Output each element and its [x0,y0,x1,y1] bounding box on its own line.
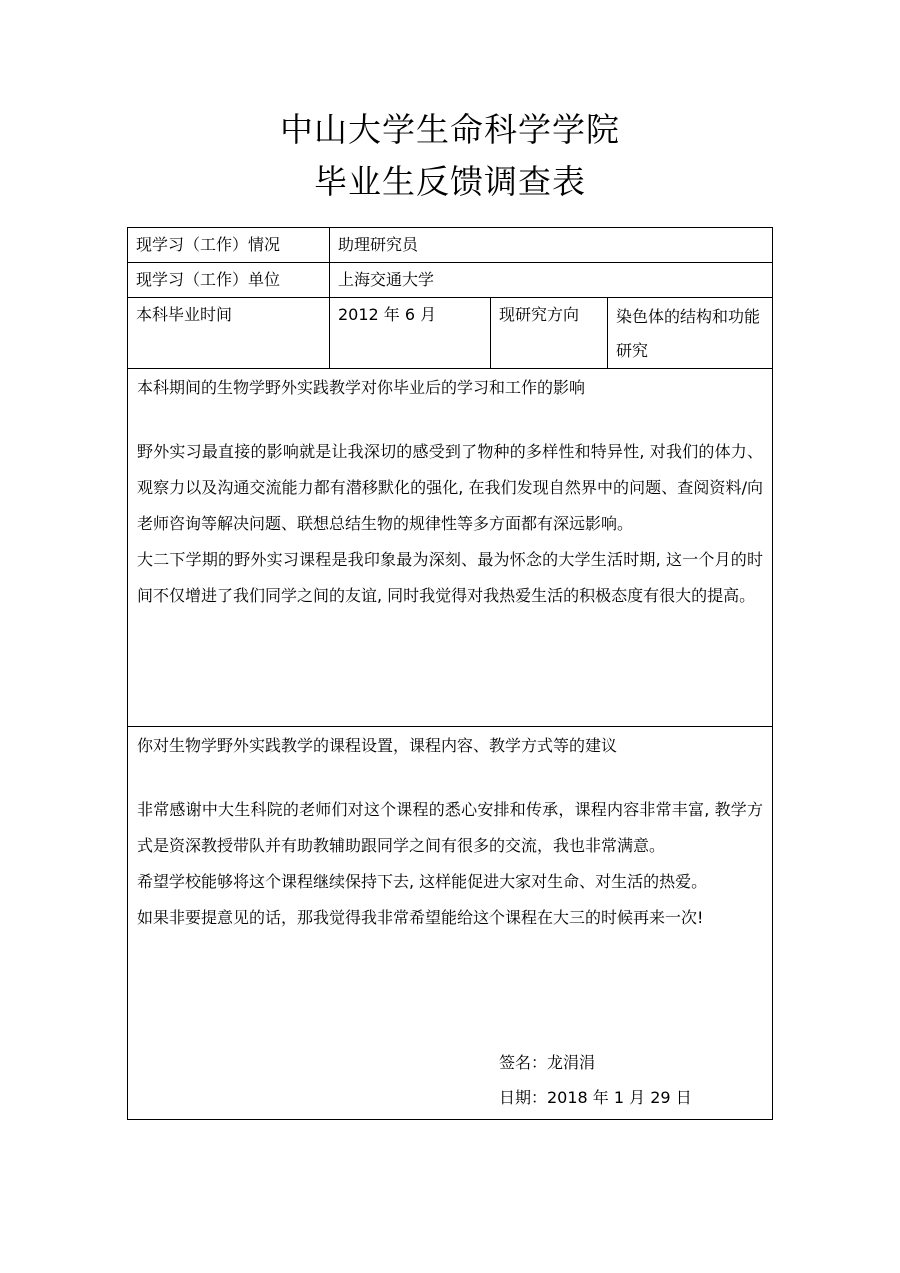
section1-paragraph: 大二下学期的野外实习课程是我印象最为深刻、最为怀念的大学生活时期, 这一个月的时… [137,542,763,614]
feedback-form-table: 现学习（工作）情况 助理研究员 现学习（工作）单位 上海交通大学 本科毕业时间 … [127,227,773,1120]
section2-question: 你对生物学野外实践教学的课程设置，课程内容、教学方式等的建议 [137,731,763,761]
section1-paragraph: 野外实习最直接的影响就是让我深切的感受到了物种的多样性和特异性, 对我们的体力、… [137,434,763,542]
form-row-study-status: 现学习（工作）情况 助理研究员 [128,228,773,263]
signature-date: 日期：2018 年 1 月 29 日 [499,1083,692,1113]
graduation-time-value: 2012 年 6 月 [330,298,491,369]
study-status-label: 现学习（工作）情况 [128,228,330,263]
section-influence: 本科期间的生物学野外实践教学对你毕业后的学习和工作的影响 野外实习最直接的影响就… [128,369,773,727]
research-direction-label: 现研究方向 [491,298,608,369]
section2-paragraph: 如果非要提意见的话，那我觉得我非常希望能给这个课程在大三的时候再来一次! [137,900,763,936]
section2-paragraph: 希望学校能够将这个课程继续保持下去, 这样能促进大家对生命、对生活的热爱。 [137,864,763,900]
form-row-study-unit: 现学习（工作）单位 上海交通大学 [128,263,773,298]
study-status-value: 助理研究员 [330,228,773,263]
study-unit-label: 现学习（工作）单位 [128,263,330,298]
form-row-graduation: 本科毕业时间 2012 年 6 月 现研究方向 染色体的结构和功能研究 [128,298,773,369]
document-title-line1: 中山大学生命科学学院 [0,110,900,150]
document-title-line2: 毕业生反馈调查表 [0,162,900,202]
signature: 签名：龙涓涓 [499,1048,595,1078]
form-row-section2: 你对生物学野外实践教学的课程设置，课程内容、教学方式等的建议 非常感谢中大生科院… [128,727,773,1120]
graduation-time-label: 本科毕业时间 [128,298,330,369]
section2-paragraph: 非常感谢中大生科院的老师们对这个课程的悉心安排和传承，课程内容非常丰富, 教学方… [137,792,763,864]
section-suggestions: 你对生物学野外实践教学的课程设置，课程内容、教学方式等的建议 非常感谢中大生科院… [128,727,773,1120]
form-row-section1: 本科期间的生物学野外实践教学对你毕业后的学习和工作的影响 野外实习最直接的影响就… [128,369,773,727]
section1-question: 本科期间的生物学野外实践教学对你毕业后的学习和工作的影响 [137,373,763,403]
research-direction-value: 染色体的结构和功能研究 [608,298,773,369]
study-unit-value: 上海交通大学 [330,263,773,298]
